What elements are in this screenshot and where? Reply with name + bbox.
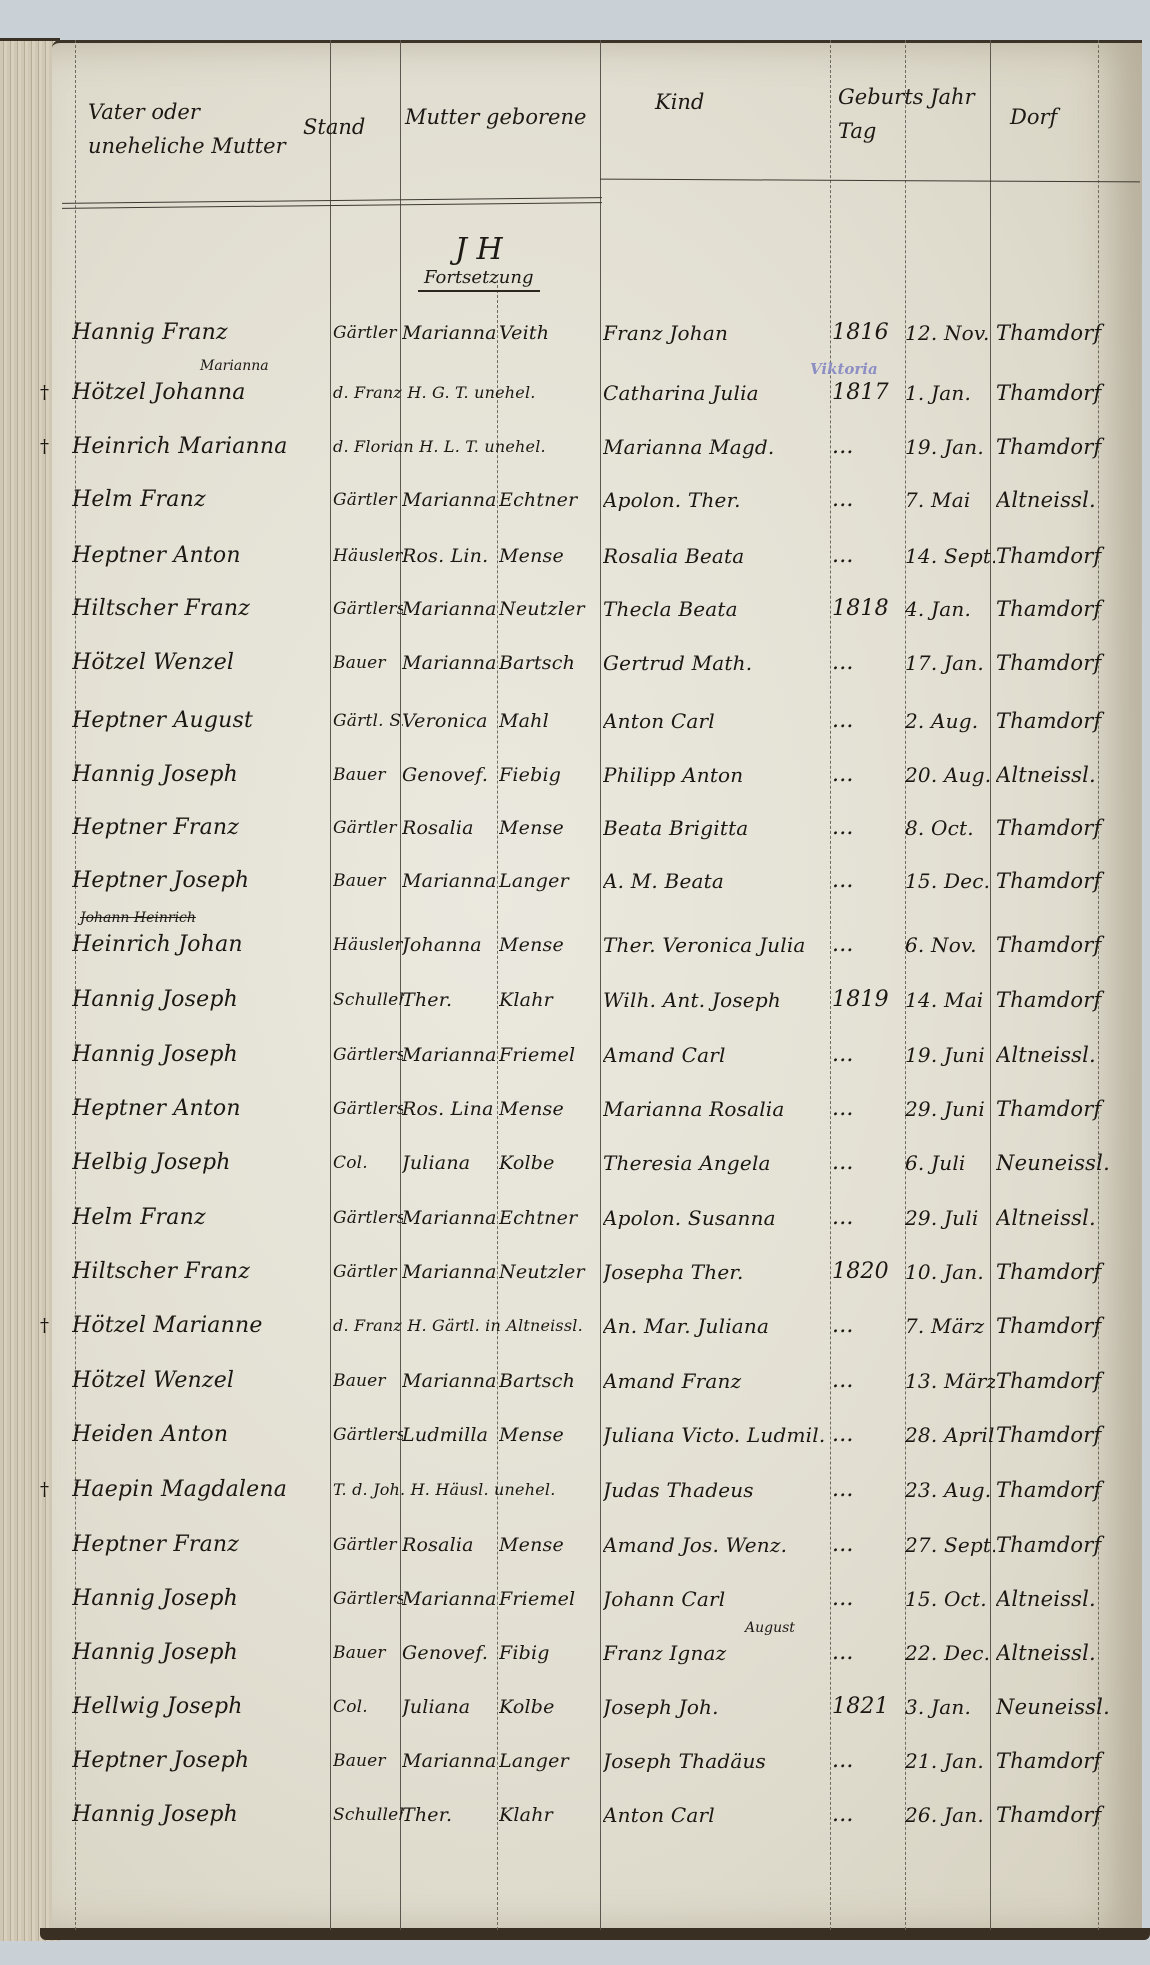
father-name: Hötzel Wenzel <box>72 648 334 678</box>
mother-surname: Klahr <box>499 1800 603 1830</box>
stand: Gärtler <box>333 1530 403 1560</box>
village: Thamdorf <box>996 706 1136 736</box>
father-name: Hannig Joseph <box>72 1638 334 1668</box>
birth-date: 4. Jan. <box>905 594 995 624</box>
birth-date: 14. Mai <box>905 985 995 1015</box>
child-name: Thecla Beata <box>603 594 831 624</box>
father-name: Hannig Franz <box>72 318 334 348</box>
stand: Gärtl. S. <box>333 706 403 736</box>
mother-first-name: Genovef. <box>402 1638 500 1668</box>
mother-first-name: Juliana <box>402 1148 500 1178</box>
village: Altneissl. <box>996 1584 1136 1614</box>
child-name: Anton Carl <box>603 1800 831 1830</box>
father-name: Heiden Anton <box>72 1420 334 1450</box>
village: Thamdorf <box>996 1311 1136 1341</box>
table-row: Hannig JosephBauerGenovef.FibigFranz Ign… <box>0 1638 1150 1694</box>
birth-date: 23. Aug. <box>905 1475 995 1505</box>
mother-surname: Echtner <box>499 1203 603 1233</box>
father-name: Hiltscher Franz <box>72 594 334 624</box>
birth-year: 1820 <box>832 1257 908 1287</box>
table-row: Hötzel WenzelBauerMariannaBartschAmand F… <box>0 1366 1150 1422</box>
birth-year: ... <box>832 541 908 571</box>
stand: Bauer <box>333 1746 403 1776</box>
child-name: Marianna Magd. <box>603 432 831 462</box>
stand: Gärtler <box>333 813 403 843</box>
table-row: †Heinrich Mariannad. Florian H. L. T. un… <box>0 432 1150 488</box>
birth-year: ... <box>832 1420 908 1450</box>
stand: Gärtler <box>333 485 403 515</box>
death-cross-mark: † <box>40 378 60 408</box>
birth-year: ... <box>832 930 908 960</box>
child-name: Marianna Rosalia <box>603 1094 831 1124</box>
birth-year: ... <box>832 1148 908 1178</box>
birth-date: 8. Oct. <box>905 813 995 843</box>
stand: Gärtlers S. <box>333 594 403 624</box>
mother-surname: Langer <box>499 1746 603 1776</box>
village: Thamdorf <box>996 813 1136 843</box>
table-row: Heptner FranzGärtlerRosaliaMenseAmand Jo… <box>0 1530 1150 1586</box>
birth-year: ... <box>832 1475 908 1505</box>
stand: Bauer <box>333 1638 403 1668</box>
stand: Gärtler <box>333 1257 403 1287</box>
village: Thamdorf <box>996 1746 1136 1776</box>
stand: Häusler <box>333 930 403 960</box>
header-child: Kind <box>655 85 805 119</box>
village: Thamdorf <box>996 318 1136 348</box>
header-father: Vater oder uneheliche Mutter <box>88 95 318 163</box>
table-row: Heptner AntonHäuslerRos. Lin.MenseRosali… <box>0 541 1150 597</box>
village: Thamdorf <box>996 594 1136 624</box>
father-name: Helm Franz <box>72 485 334 515</box>
mother-first-name: Rosalia <box>402 1530 500 1560</box>
mother-first-name: Ther. <box>402 1800 500 1830</box>
table-row: †Haepin MagdalenaT. d. Joh. H. Häusl. un… <box>0 1475 1150 1531</box>
birth-date: 28. April <box>905 1420 995 1450</box>
father-name: Hötzel Wenzel <box>72 1366 334 1396</box>
child-name: Johann Carl <box>603 1584 831 1614</box>
birth-date: 29. Juli <box>905 1203 995 1233</box>
birth-year: ... <box>832 648 908 678</box>
stand: Häusler <box>333 541 403 571</box>
father-name: Heinrich Marianna <box>72 432 334 462</box>
stand: Gärtlers S. <box>333 1203 403 1233</box>
birth-date: 19. Jan. <box>905 432 995 462</box>
mother-first-name: Marianna <box>402 866 500 896</box>
child-name: Apolon. Susanna <box>603 1203 831 1233</box>
child-name: Franz Ignaz <box>603 1638 831 1668</box>
stand: Schullehrer <box>333 1800 403 1830</box>
village: Altneissl. <box>996 1040 1136 1070</box>
section-title: Fortsetzung <box>418 267 540 292</box>
village: Thamdorf <box>996 1800 1136 1830</box>
birth-date: 13. März <box>905 1366 995 1396</box>
mother-surname: Bartsch <box>499 1366 603 1396</box>
table-row: Hannig JosephGärtlers S.MariannaFriemelJ… <box>0 1584 1150 1640</box>
birth-date: 15. Oct. <box>905 1584 995 1614</box>
father-name: Heptner August <box>72 706 334 736</box>
table-row: Hötzel WenzelBauerMariannaBartschGertrud… <box>0 648 1150 704</box>
birth-date: 14. Sept. <box>905 541 995 571</box>
mother-surname: Mahl <box>499 706 603 736</box>
stand: T. d. Joh. H. Häusl. unehel. <box>333 1475 598 1505</box>
death-cross-mark: † <box>40 432 60 462</box>
mother-first-name: Ros. Lin. <box>402 541 500 571</box>
village: Thamdorf <box>996 1420 1136 1450</box>
name-annotation: Johann Heinrich <box>80 910 196 926</box>
father-name: Heptner Franz <box>72 1530 334 1560</box>
birth-date: 29. Juni <box>905 1094 995 1124</box>
child-name: Beata Brigitta <box>603 813 831 843</box>
table-row: Hannig FranzGärtlerMariannaVeithFranz Jo… <box>0 318 1150 374</box>
mother-first-name: Marianna <box>402 1584 500 1614</box>
birth-date: 27. Sept. <box>905 1530 995 1560</box>
village: Neuneissl. <box>996 1692 1136 1722</box>
child-name-annotation: Viktoria <box>810 360 878 378</box>
death-cross-mark: † <box>40 1311 60 1341</box>
mother-surname: Kolbe <box>499 1692 603 1722</box>
birth-year: ... <box>832 1800 908 1830</box>
child-name: Joseph Joh. <box>603 1692 831 1722</box>
birth-date: 7. März <box>905 1311 995 1341</box>
child-name: Joseph Thadäus <box>603 1746 831 1776</box>
death-cross-mark: † <box>40 1475 60 1505</box>
stand: Bauer <box>333 648 403 678</box>
father-name: Helbig Joseph <box>72 1148 334 1178</box>
child-name: Wilh. Ant. Joseph <box>603 985 831 1015</box>
stand: d. Florian H. L. T. unehel. <box>333 432 598 462</box>
child-name: Catharina Julia <box>603 378 831 408</box>
village: Thamdorf <box>996 648 1136 678</box>
birth-year: ... <box>832 760 908 790</box>
mother-surname: Neutzler <box>499 594 603 624</box>
stand: Gärtlers S. <box>333 1094 403 1124</box>
village: Thamdorf <box>996 432 1136 462</box>
father-name: Hannig Joseph <box>72 1040 334 1070</box>
mother-first-name: Genovef. <box>402 760 500 790</box>
village: Thamdorf <box>996 541 1136 571</box>
table-row: Hannig JosephSchullehrerTher.KlahrWilh. … <box>0 985 1150 1041</box>
father-name: Hannig Joseph <box>72 1800 334 1830</box>
stand: Bauer <box>333 866 403 896</box>
child-name: Josepha Ther. <box>603 1257 831 1287</box>
mother-first-name: Veronica <box>402 706 500 736</box>
mother-first-name: Marianna <box>402 485 500 515</box>
father-name: Heptner Anton <box>72 541 334 571</box>
table-row: Hiltscher FranzGärtlers S.MariannaNeutzl… <box>0 594 1150 650</box>
table-row: Helm FranzGärtlerMariannaEchtnerApolon. … <box>0 485 1150 541</box>
village: Thamdorf <box>996 1530 1136 1560</box>
child-name: Philipp Anton <box>603 760 831 790</box>
birth-year: ... <box>832 1530 908 1560</box>
father-name: Hötzel Marianne <box>72 1311 334 1341</box>
header-mother: Mutter geborene <box>405 100 595 134</box>
father-name: Hannig Joseph <box>72 1584 334 1614</box>
header-village: Dorf <box>1010 100 1110 134</box>
village: Neuneissl. <box>996 1148 1136 1178</box>
birth-date: 17. Jan. <box>905 648 995 678</box>
mother-surname: Mense <box>499 930 603 960</box>
birth-year: ... <box>832 706 908 736</box>
mother-surname: Mense <box>499 1094 603 1124</box>
mother-first-name: Marianna <box>402 1746 500 1776</box>
mother-first-name: Ther. <box>402 985 500 1015</box>
mother-surname: Fibig <box>499 1638 603 1668</box>
birth-year: 1816 <box>832 318 908 348</box>
village: Thamdorf <box>996 1094 1136 1124</box>
child-name: Rosalia Beata <box>603 541 831 571</box>
child-name: Apolon. Ther. <box>603 485 831 515</box>
mother-first-name: Marianna <box>402 1257 500 1287</box>
stand: d. Franz H. Gärtl. in Altneissl. <box>333 1311 598 1341</box>
stand: Gärtlers S. <box>333 1584 403 1614</box>
table-row: Heinrich JohanHäuslerJohannaMenseTher. V… <box>0 930 1150 986</box>
table-row: Heptner JosephBauerMariannaLangerJoseph … <box>0 1746 1150 1802</box>
birth-date: 6. Juli <box>905 1148 995 1178</box>
book-cover-edge <box>40 1928 1150 1940</box>
table-row: Hiltscher FranzGärtlerMariannaNeutzlerJo… <box>0 1257 1150 1313</box>
village: Thamdorf <box>996 1366 1136 1396</box>
stand: Col. <box>333 1692 403 1722</box>
birth-year: ... <box>832 1584 908 1614</box>
section-letters: J H <box>418 232 540 267</box>
birth-year: ... <box>832 866 908 896</box>
birth-year: ... <box>832 1040 908 1070</box>
mother-first-name: Marianna <box>402 1366 500 1396</box>
child-name: Theresia Angela <box>603 1148 831 1178</box>
mother-first-name: Ros. Lina <box>402 1094 500 1124</box>
table-row: Heptner AugustGärtl. S.VeronicaMahlAnton… <box>0 706 1150 762</box>
birth-date: 22. Dec. <box>905 1638 995 1668</box>
mother-first-name: Marianna <box>402 318 500 348</box>
village: Thamdorf <box>996 1475 1136 1505</box>
village: Thamdorf <box>996 1257 1136 1287</box>
birth-year: ... <box>832 1311 908 1341</box>
birth-year: 1819 <box>832 985 908 1015</box>
mother-surname: Bartsch <box>499 648 603 678</box>
table-row: †Hötzel Marianned. Franz H. Gärtl. in Al… <box>0 1311 1150 1367</box>
mother-surname: Klahr <box>499 985 603 1015</box>
birth-date: 15. Dec. <box>905 866 995 896</box>
birth-year: 1821 <box>832 1692 908 1722</box>
mother-surname: Langer <box>499 866 603 896</box>
name-annotation: Marianna <box>200 358 269 374</box>
mother-surname: Friemel <box>499 1584 603 1614</box>
mother-first-name: Johanna <box>402 930 500 960</box>
birth-date: 1. Jan. <box>905 378 995 408</box>
mother-surname: Mense <box>499 1420 603 1450</box>
table-row: †Hötzel Johannad. Franz H. G. T. unehel.… <box>0 378 1150 434</box>
child-name: Amand Carl <box>603 1040 831 1070</box>
table-row: Heptner AntonGärtlers S.Ros. LinaMenseMa… <box>0 1094 1150 1150</box>
birth-year: ... <box>832 1366 908 1396</box>
birth-year: ... <box>832 1638 908 1668</box>
mother-first-name: Marianna <box>402 1040 500 1070</box>
village: Altneissl. <box>996 485 1136 515</box>
mother-surname: Mense <box>499 1530 603 1560</box>
birth-year: 1817 <box>832 378 908 408</box>
birth-year: ... <box>832 813 908 843</box>
father-name: Heptner Joseph <box>72 866 334 896</box>
child-name: Juliana Victo. Ludmil. <box>603 1420 831 1450</box>
birth-year: 1818 <box>832 594 908 624</box>
birth-date: 6. Nov. <box>905 930 995 960</box>
table-row: Helbig JosephCol.JulianaKolbeTheresia An… <box>0 1148 1150 1204</box>
birth-year: ... <box>832 432 908 462</box>
birth-date: 7. Mai <box>905 485 995 515</box>
child-name-annotation: August <box>745 1620 795 1636</box>
mother-surname: Neutzler <box>499 1257 603 1287</box>
stand: Gärtlers S. <box>333 1420 403 1450</box>
stand: Gärtlers S. <box>333 1040 403 1070</box>
village: Altneissl. <box>996 1638 1136 1668</box>
mother-first-name: Marianna <box>402 648 500 678</box>
birth-date: 3. Jan. <box>905 1692 995 1722</box>
mother-surname: Veith <box>499 318 603 348</box>
stand: d. Franz H. G. T. unehel. <box>333 378 598 408</box>
header-birth: Geburts Jahr Tag <box>838 80 988 148</box>
stand: Bauer <box>333 760 403 790</box>
child-name: A. M. Beata <box>603 866 831 896</box>
mother-first-name: Ludmilla <box>402 1420 500 1450</box>
birth-year: ... <box>832 1203 908 1233</box>
child-name: Ther. Veronica Julia <box>603 930 831 960</box>
birth-date: 26. Jan. <box>905 1800 995 1830</box>
mother-first-name: Rosalia <box>402 813 500 843</box>
village: Thamdorf <box>996 930 1136 960</box>
birth-date: 20. Aug. <box>905 760 995 790</box>
header-stand: Stand <box>303 110 393 144</box>
stand: Bauer <box>333 1366 403 1396</box>
father-name: Heptner Franz <box>72 813 334 843</box>
father-name: Haepin Magdalena <box>72 1475 334 1505</box>
birth-date: 2. Aug. <box>905 706 995 736</box>
child-name: Judas Thadeus <box>603 1475 831 1505</box>
stand: Gärtler <box>333 318 403 348</box>
table-row: Helm FranzGärtlers S.MariannaEchtnerApol… <box>0 1203 1150 1259</box>
birth-date: 10. Jan. <box>905 1257 995 1287</box>
child-name: Amand Jos. Wenz. <box>603 1530 831 1560</box>
section-heading: J H Fortsetzung <box>418 232 540 292</box>
father-name: Hötzel Johanna <box>72 378 334 408</box>
father-name: Helm Franz <box>72 1203 334 1233</box>
mother-surname: Kolbe <box>499 1148 603 1178</box>
table-row: Heiden AntonGärtlers S.LudmillaMenseJuli… <box>0 1420 1150 1476</box>
father-name: Heptner Anton <box>72 1094 334 1124</box>
mother-surname: Friemel <box>499 1040 603 1070</box>
table-row: Hannig JosephBauerGenovef.FiebigPhilipp … <box>0 760 1150 816</box>
child-name: Anton Carl <box>603 706 831 736</box>
table-row: Heptner FranzGärtlerRosaliaMenseBeata Br… <box>0 813 1150 869</box>
birth-year: ... <box>832 1746 908 1776</box>
father-name: Hannig Joseph <box>72 985 334 1015</box>
table-row: Hellwig JosephCol.JulianaKolbeJoseph Joh… <box>0 1692 1150 1748</box>
father-name: Hellwig Joseph <box>72 1692 334 1722</box>
table-row: Hannig JosephSchullehrerTher.KlahrAnton … <box>0 1800 1150 1856</box>
birth-date: 21. Jan. <box>905 1746 995 1776</box>
village: Thamdorf <box>996 985 1136 1015</box>
mother-surname: Mense <box>499 813 603 843</box>
father-name: Hiltscher Franz <box>72 1257 334 1287</box>
father-name: Heptner Joseph <box>72 1746 334 1776</box>
mother-surname: Mense <box>499 541 603 571</box>
village: Altneissl. <box>996 760 1136 790</box>
village: Thamdorf <box>996 866 1136 896</box>
birth-year: ... <box>832 1094 908 1124</box>
father-name: Hannig Joseph <box>72 760 334 790</box>
child-name: Amand Franz <box>603 1366 831 1396</box>
birth-date: 12. Nov. <box>905 318 995 348</box>
mother-surname: Echtner <box>499 485 603 515</box>
stand: Col. <box>333 1148 403 1178</box>
village: Altneissl. <box>996 1203 1136 1233</box>
mother-first-name: Marianna <box>402 594 500 624</box>
mother-first-name: Marianna <box>402 1203 500 1233</box>
birth-date: 19. Juni <box>905 1040 995 1070</box>
birth-year: ... <box>832 485 908 515</box>
village: Thamdorf <box>996 378 1136 408</box>
stand: Schullehrer <box>333 985 403 1015</box>
child-name: An. Mar. Juliana <box>603 1311 831 1341</box>
mother-first-name: Juliana <box>402 1692 500 1722</box>
mother-surname: Fiebig <box>499 760 603 790</box>
child-name: Franz Johan <box>603 318 831 348</box>
child-name: Gertrud Math. <box>603 648 831 678</box>
father-name: Heinrich Johan <box>72 930 334 960</box>
table-row: Hannig JosephGärtlers S.MariannaFriemelA… <box>0 1040 1150 1096</box>
